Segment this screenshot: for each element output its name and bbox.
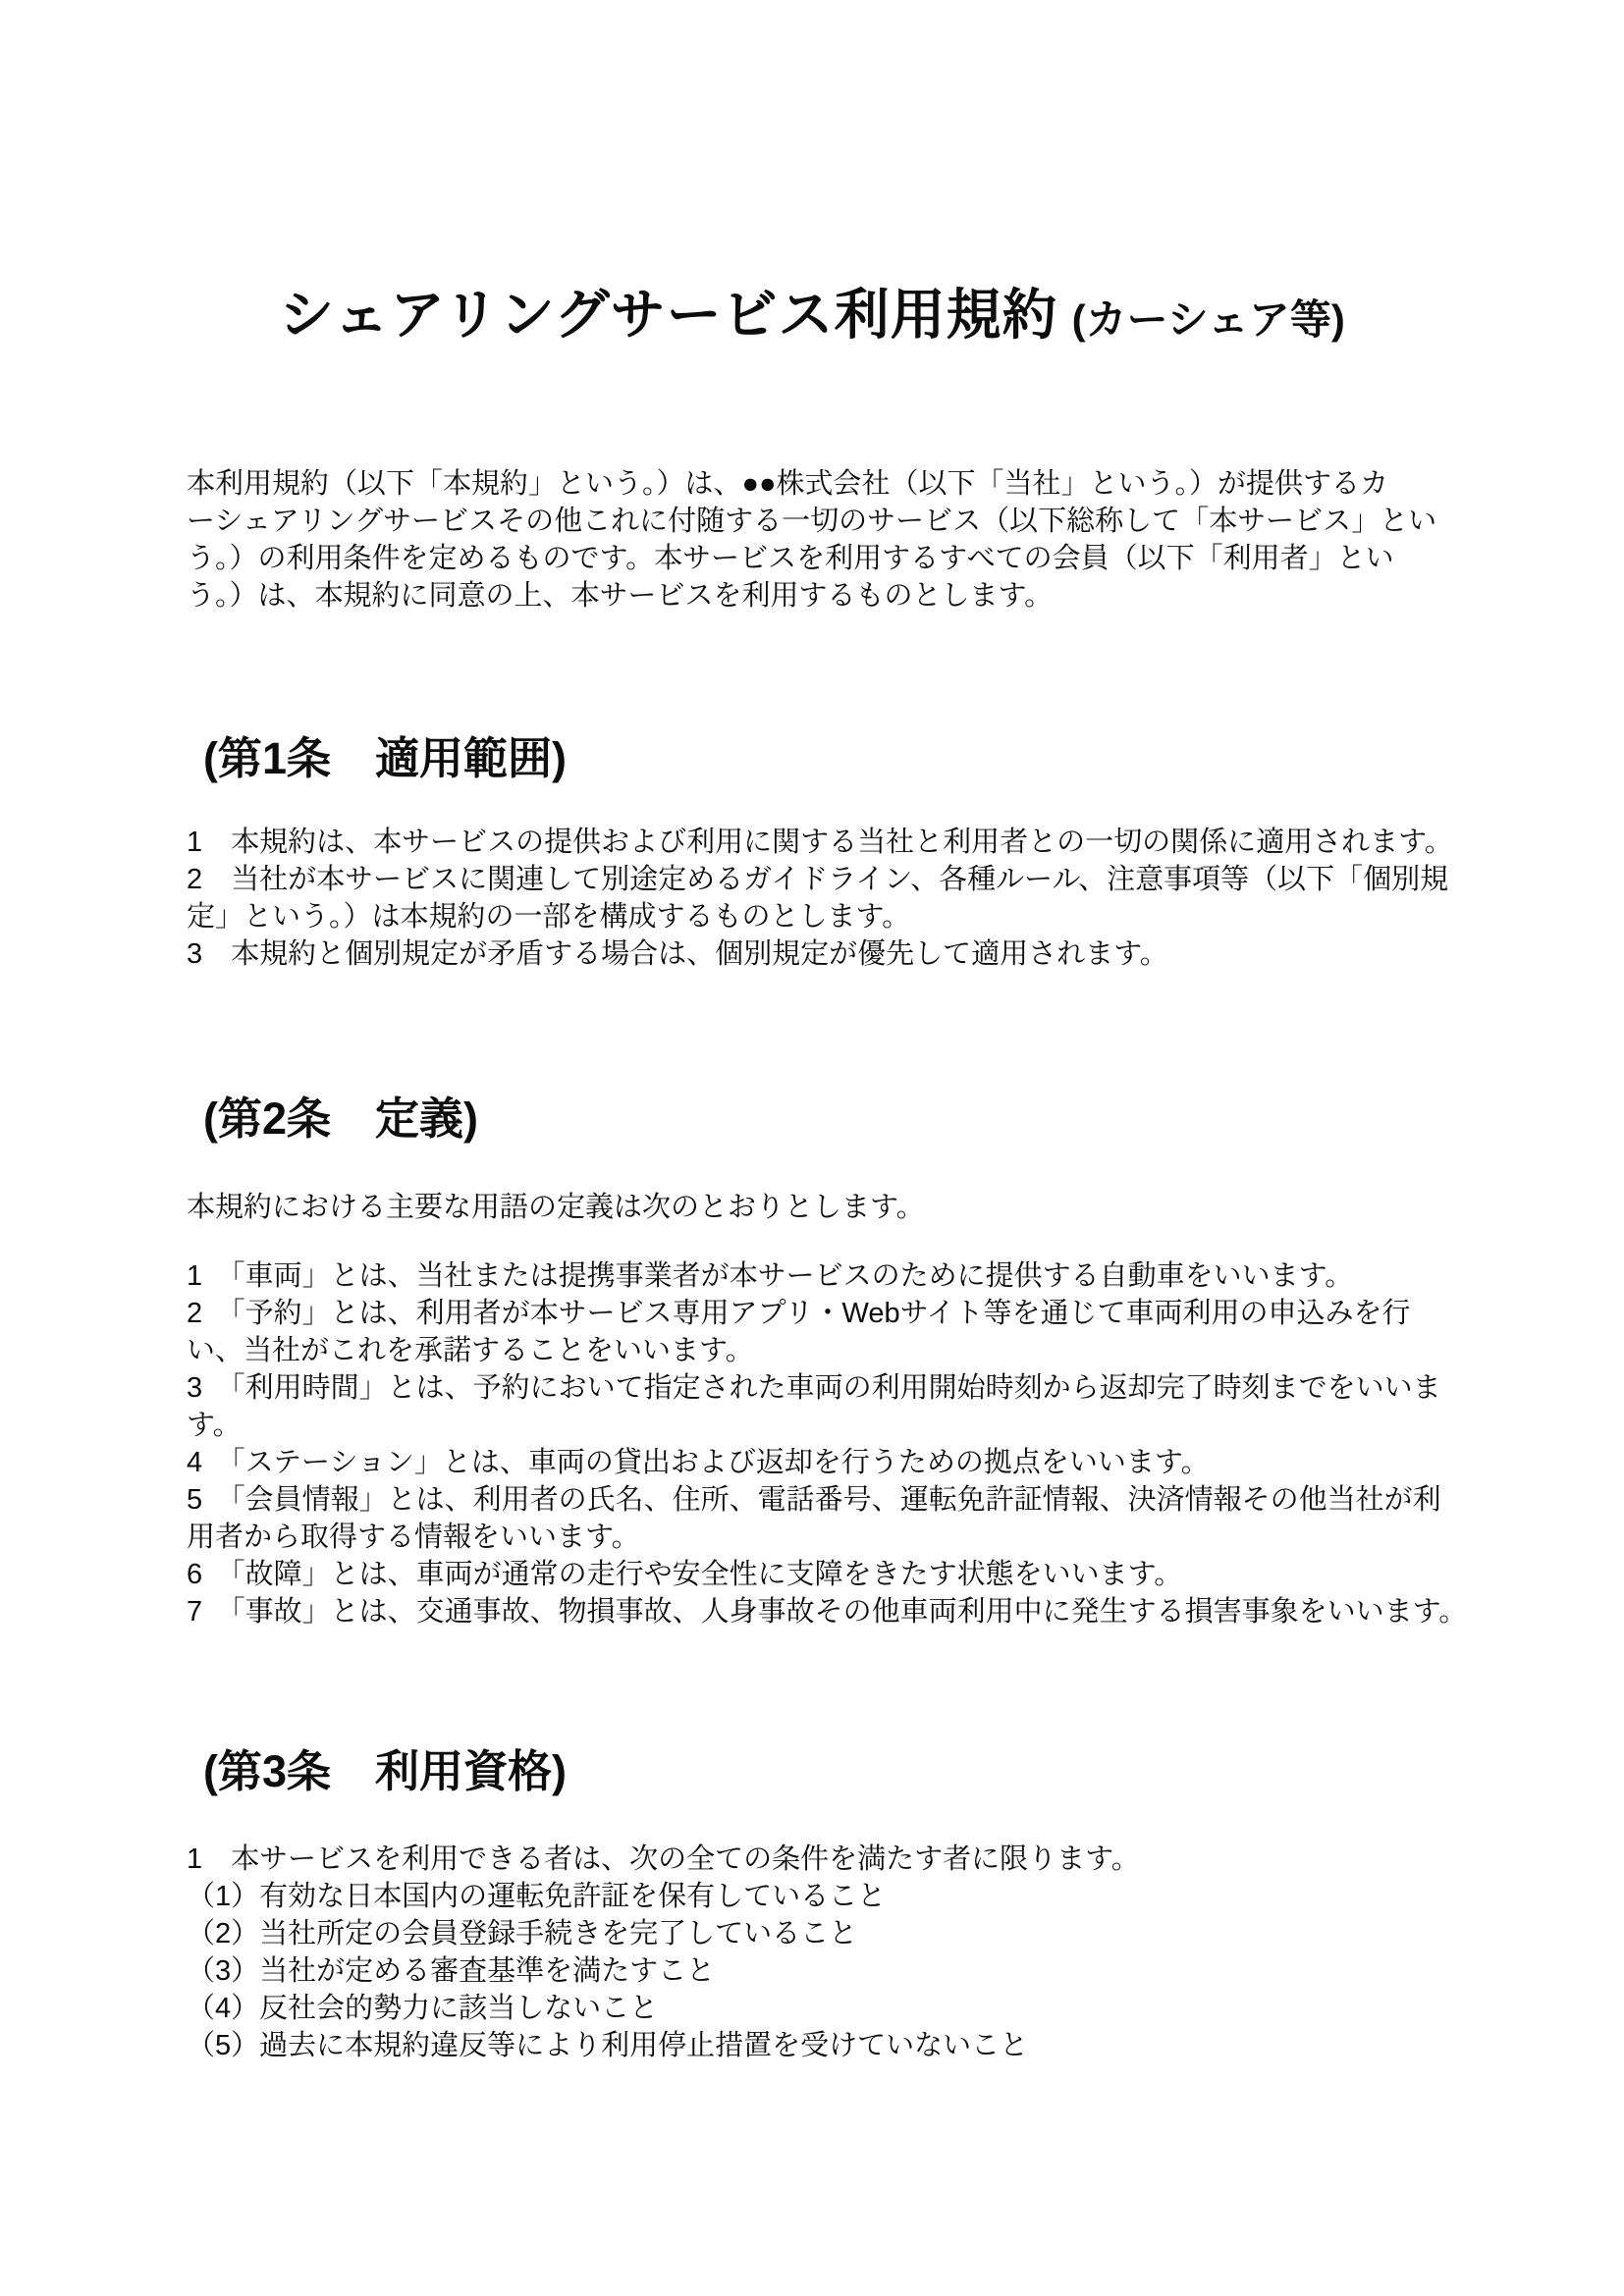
clause-line: 2 当社が本サービスに関連して別途定めるガイドライン、各種ルール、注意事項等（以… <box>187 861 1526 898</box>
condition-line: （1）有効な日本国内の運転免許証を保有していること <box>187 1878 1526 1915</box>
text-line: ーシェアリングサービスその他これに付随する一切のサービス（以下総称して「本サービ… <box>187 503 1526 540</box>
section-heading-article-3: (第3条 利用資格) <box>187 1744 1526 1799</box>
definition-line: す。 <box>187 1407 1526 1444</box>
definition-line: 3 「利用時間」とは、予約において指定された車両の利用開始時刻から返却完了時刻ま… <box>187 1369 1526 1407</box>
definition-line: 7 「事故」とは、交通事故、物損事故、人身事故その他車両利用中に発生する損害事象… <box>187 1593 1526 1630</box>
definition-line: 2 「予約」とは、利用者が本サービス専用アプリ・Webサイト等を通じて車両利用の… <box>187 1295 1526 1332</box>
condition-line: （5）過去に本規約違反等により利用停止措置を受けていないこと <box>187 2027 1526 2064</box>
clause-line: 3 本規約と個別規定が矛盾する場合は、個別規定が優先して適用されます。 <box>187 935 1526 973</box>
document-title-main: シェアリングサービス利用規約 <box>279 284 1058 346</box>
clause-line: 1 本サービスを利用できる者は、次の全ての条件を満たす者に限ります。 <box>187 1841 1526 1878</box>
intro-paragraph: 本利用規約（以下「本規約」という。）は、●●株式会社（以下「当社」という。）が提… <box>187 465 1526 614</box>
section-article-2-body: 1 「車両」とは、当社または提携事業者が本サービスのために提供する自動車をいいま… <box>187 1257 1526 1630</box>
clause-line: 1 本規約は、本サービスの提供および利用に関する当社と利用者との一切の関係に適用… <box>187 824 1526 861</box>
document-page: シェアリングサービス利用規約(カーシェア等) 本利用規約（以下「本規約」という。… <box>0 0 1624 2296</box>
section-heading-article-2: (第2条 定義) <box>187 1092 1526 1147</box>
section-article-1-body: 1 本規約は、本サービスの提供および利用に関する当社と利用者との一切の関係に適用… <box>187 824 1526 973</box>
definition-line: 1 「車両」とは、当社または提携事業者が本サービスのために提供する自動車をいいま… <box>187 1257 1526 1295</box>
section-article-3-body: 1 本サービスを利用できる者は、次の全ての条件を満たす者に限ります。 （1）有効… <box>187 1841 1526 2064</box>
definition-line: 6 「故障」とは、車両が通常の走行や安全性に支障をきたす状態をいいます。 <box>187 1556 1526 1593</box>
condition-line: （2）当社所定の会員登録手続きを完了していること <box>187 1915 1526 1952</box>
condition-line: （3）当社が定める審査基準を満たすこと <box>187 1952 1526 1990</box>
document-body: 本利用規約（以下「本規約」という。）は、●●株式会社（以下「当社」という。）が提… <box>0 465 1624 2064</box>
condition-line: （4）反社会的勢力に該当しないこと <box>187 1990 1526 2027</box>
text-line: う。）の利用条件を定めるものです。本サービスを利用するすべての会員（以下「利用者… <box>187 540 1526 577</box>
definition-line: い、当社がこれを承諾することをいいます。 <box>187 1332 1526 1369</box>
text-line: う。）は、本規約に同意の上、本サービスを利用するものとします。 <box>187 577 1526 614</box>
section-article-2-lead: 本規約における主要な用語の定義は次のとおりとします。 <box>187 1189 1526 1226</box>
section-heading-article-1: (第1条 適用範囲) <box>187 731 1526 786</box>
document-title-suffix: (カーシェア等) <box>1072 296 1345 343</box>
definition-line: 4 「ステーション」とは、車両の貸出および返却を行うための拠点をいいます。 <box>187 1444 1526 1481</box>
text-line: 本利用規約（以下「本規約」という。）は、●●株式会社（以下「当社」という。）が提… <box>187 465 1526 503</box>
clause-line: 定」という。）は本規約の一部を構成するものとします。 <box>187 898 1526 935</box>
definition-line: 5 「会員情報」とは、利用者の氏名、住所、電話番号、運転免許証情報、決済情報その… <box>187 1481 1526 1519</box>
definition-line: 用者から取得する情報をいいます。 <box>187 1519 1526 1556</box>
document-title: シェアリングサービス利用規約(カーシェア等) <box>0 21 1624 357</box>
text-line: 本規約における主要な用語の定義は次のとおりとします。 <box>187 1189 1526 1226</box>
